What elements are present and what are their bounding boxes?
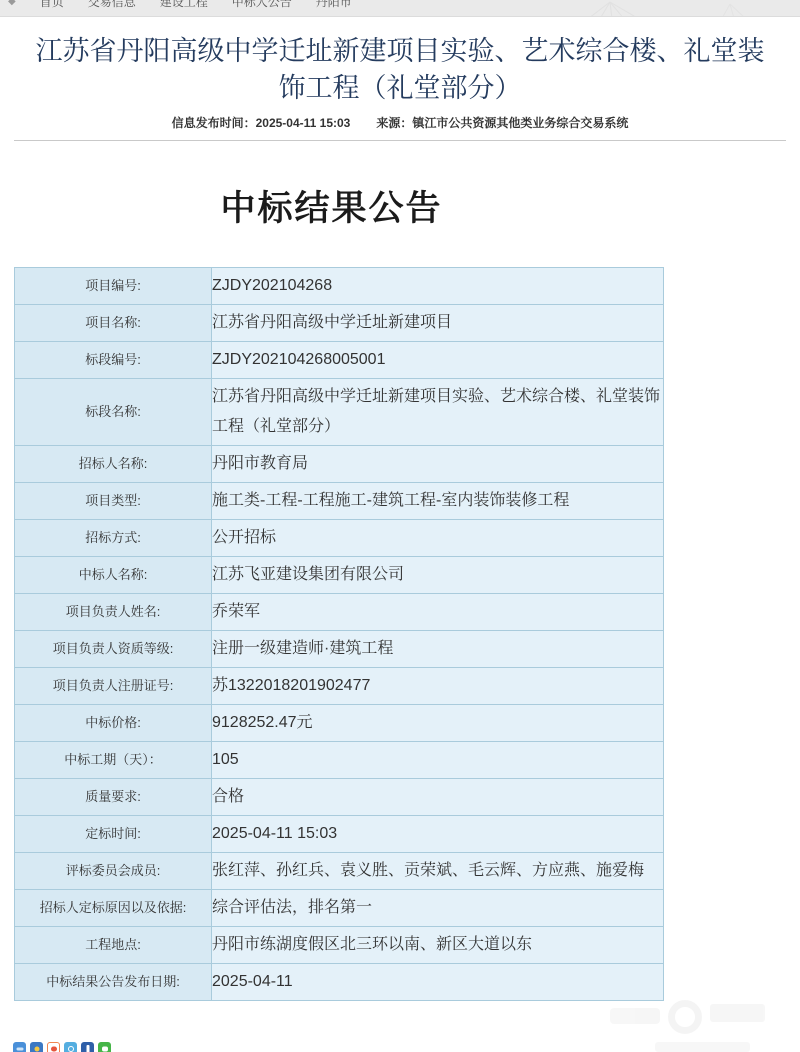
field-label: 项目名称: [15,305,212,342]
table-row: 项目类型:施工类-工程-工程施工-建筑工程-室内装饰装修工程 [15,483,664,520]
field-value: 丹阳市练湖度假区北三环以南、新区大道以东 [212,927,664,964]
field-label: 项目负责人姓名: [15,594,212,631]
table-row: 评标委员会成员:张红萍、孙红兵、袁义胜、贡荣斌、毛云辉、方应燕、施爱梅 [15,853,664,890]
top-navigation-bar: ◆ 首页 交易信息 建设工程 中标人公告 丹阳市 [0,0,800,17]
field-label: 项目类型: [15,483,212,520]
table-row: 项目负责人注册证号:苏1322018201902477 [15,668,664,705]
field-label: 评标委员会成员: [15,853,212,890]
field-label: 标段名称: [15,379,212,446]
table-row: 项目负责人资质等级:注册一级建造师·建筑工程 [15,631,664,668]
field-value: 公开招标 [212,520,664,557]
table-row: 质量要求:合格 [15,779,664,816]
breadcrumb-trade-info[interactable]: 交易信息 [88,0,136,10]
field-label: 项目负责人注册证号: [15,668,212,705]
field-value: 江苏省丹阳高级中学迁址新建项目实验、艺术综合楼、礼堂装饰工程（礼堂部分） [212,379,664,446]
table-row: 项目负责人姓名:乔荣军 [15,594,664,631]
field-label: 标段编号: [15,342,212,379]
geometric-decoration [515,0,775,17]
field-value: 注册一级建造师·建筑工程 [212,631,664,668]
table-row: 定标时间:2025-04-11 15:03 [15,816,664,853]
field-value: 张红萍、孙红兵、袁义胜、贡荣斌、毛云辉、方应燕、施爱梅 [212,853,664,890]
table-row: 项目编号:ZJDY202104268 [15,268,664,305]
announcement-content: 中标结果公告 项目编号:ZJDY202104268 项目名称:江苏省丹阳高级中学… [0,187,663,1001]
field-value: 9128252.47元 [212,705,664,742]
breadcrumb-home[interactable]: 首页 [40,0,64,10]
breadcrumb-winner-announcement[interactable]: 中标人公告 [232,0,292,10]
table-row: 中标结果公告发布日期:2025-04-11 [15,964,664,1001]
field-value: 苏1322018201902477 [212,668,664,705]
location-pin-icon: ◆ [8,0,16,7]
field-label: 工程地点: [15,927,212,964]
meta-line: 信息发布时间：2025-04-11 15:03 来源：镇江市公共资源其他类业务综… [0,114,800,131]
field-label: 招标人定标原因以及依据: [15,890,212,927]
result-table: 项目编号:ZJDY202104268 项目名称:江苏省丹阳高级中学迁址新建项目 … [14,267,664,1001]
field-value: 施工类-工程-工程施工-建筑工程-室内装饰装修工程 [212,483,664,520]
share-bar [13,1042,111,1052]
field-value: 综合评估法，排名第一 [212,890,664,927]
breadcrumb: ◆ 首页 交易信息 建设工程 中标人公告 丹阳市 [8,0,352,10]
field-label: 定标时间: [15,816,212,853]
field-value: ZJDY202104268005001 [212,342,664,379]
table-row: 中标价格:9128252.47元 [15,705,664,742]
field-value: 合格 [212,779,664,816]
table-row: 中标工期（天）：105 [15,742,664,779]
table-row: 工程地点:丹阳市练湖度假区北三环以南、新区大道以东 [15,927,664,964]
field-label: 招标人名称: [15,446,212,483]
field-value: 乔荣军 [212,594,664,631]
watermark-logo [610,1000,770,1052]
source-system: 来源：镇江市公共资源其他类业务综合交易系统 [376,114,628,131]
share-wechat-icon[interactable] [98,1042,111,1052]
table-row: 标段名称:江苏省丹阳高级中学迁址新建项目实验、艺术综合楼、礼堂装饰工程（礼堂部分… [15,379,664,446]
field-value: 江苏飞亚建设集团有限公司 [212,557,664,594]
field-value: 2025-04-11 [212,964,664,1001]
breadcrumb-construction[interactable]: 建设工程 [160,0,208,10]
publish-time: 信息发布时间：2025-04-11 15:03 [172,114,351,131]
field-value: 江苏省丹阳高级中学迁址新建项目 [212,305,664,342]
field-label: 中标工期（天）： [15,742,212,779]
field-value: 105 [212,742,664,779]
page-title: 江苏省丹阳高级中学迁址新建项目实验、艺术综合楼、礼堂装饰工程（礼堂部分） [0,33,800,107]
field-label: 中标人名称: [15,557,212,594]
field-value: 丹阳市教育局 [212,446,664,483]
breadcrumb-danyang[interactable]: 丹阳市 [316,0,352,10]
field-label: 中标价格: [15,705,212,742]
field-value: ZJDY202104268 [212,268,664,305]
field-label: 项目编号: [15,268,212,305]
field-value: 2025-04-11 15:03 [212,816,664,853]
announcement-heading: 中标结果公告 [0,187,663,231]
table-row: 中标人名称:江苏飞亚建设集团有限公司 [15,557,664,594]
table-row: 招标方式:公开招标 [15,520,664,557]
field-label: 质量要求: [15,779,212,816]
share-weibo-icon[interactable] [47,1042,60,1052]
share-renren-icon[interactable] [81,1042,94,1052]
share-qq-icon[interactable] [13,1042,26,1052]
table-row: 标段编号:ZJDY202104268005001 [15,342,664,379]
share-tencent-weibo-icon[interactable] [64,1042,77,1052]
table-row: 项目名称:江苏省丹阳高级中学迁址新建项目 [15,305,664,342]
share-qzone-icon[interactable] [30,1042,43,1052]
field-label: 招标方式: [15,520,212,557]
field-label: 中标结果公告发布日期: [15,964,212,1001]
header-divider [14,140,786,141]
table-row: 招标人定标原因以及依据:综合评估法，排名第一 [15,890,664,927]
table-row: 招标人名称:丹阳市教育局 [15,446,664,483]
field-label: 项目负责人资质等级: [15,631,212,668]
